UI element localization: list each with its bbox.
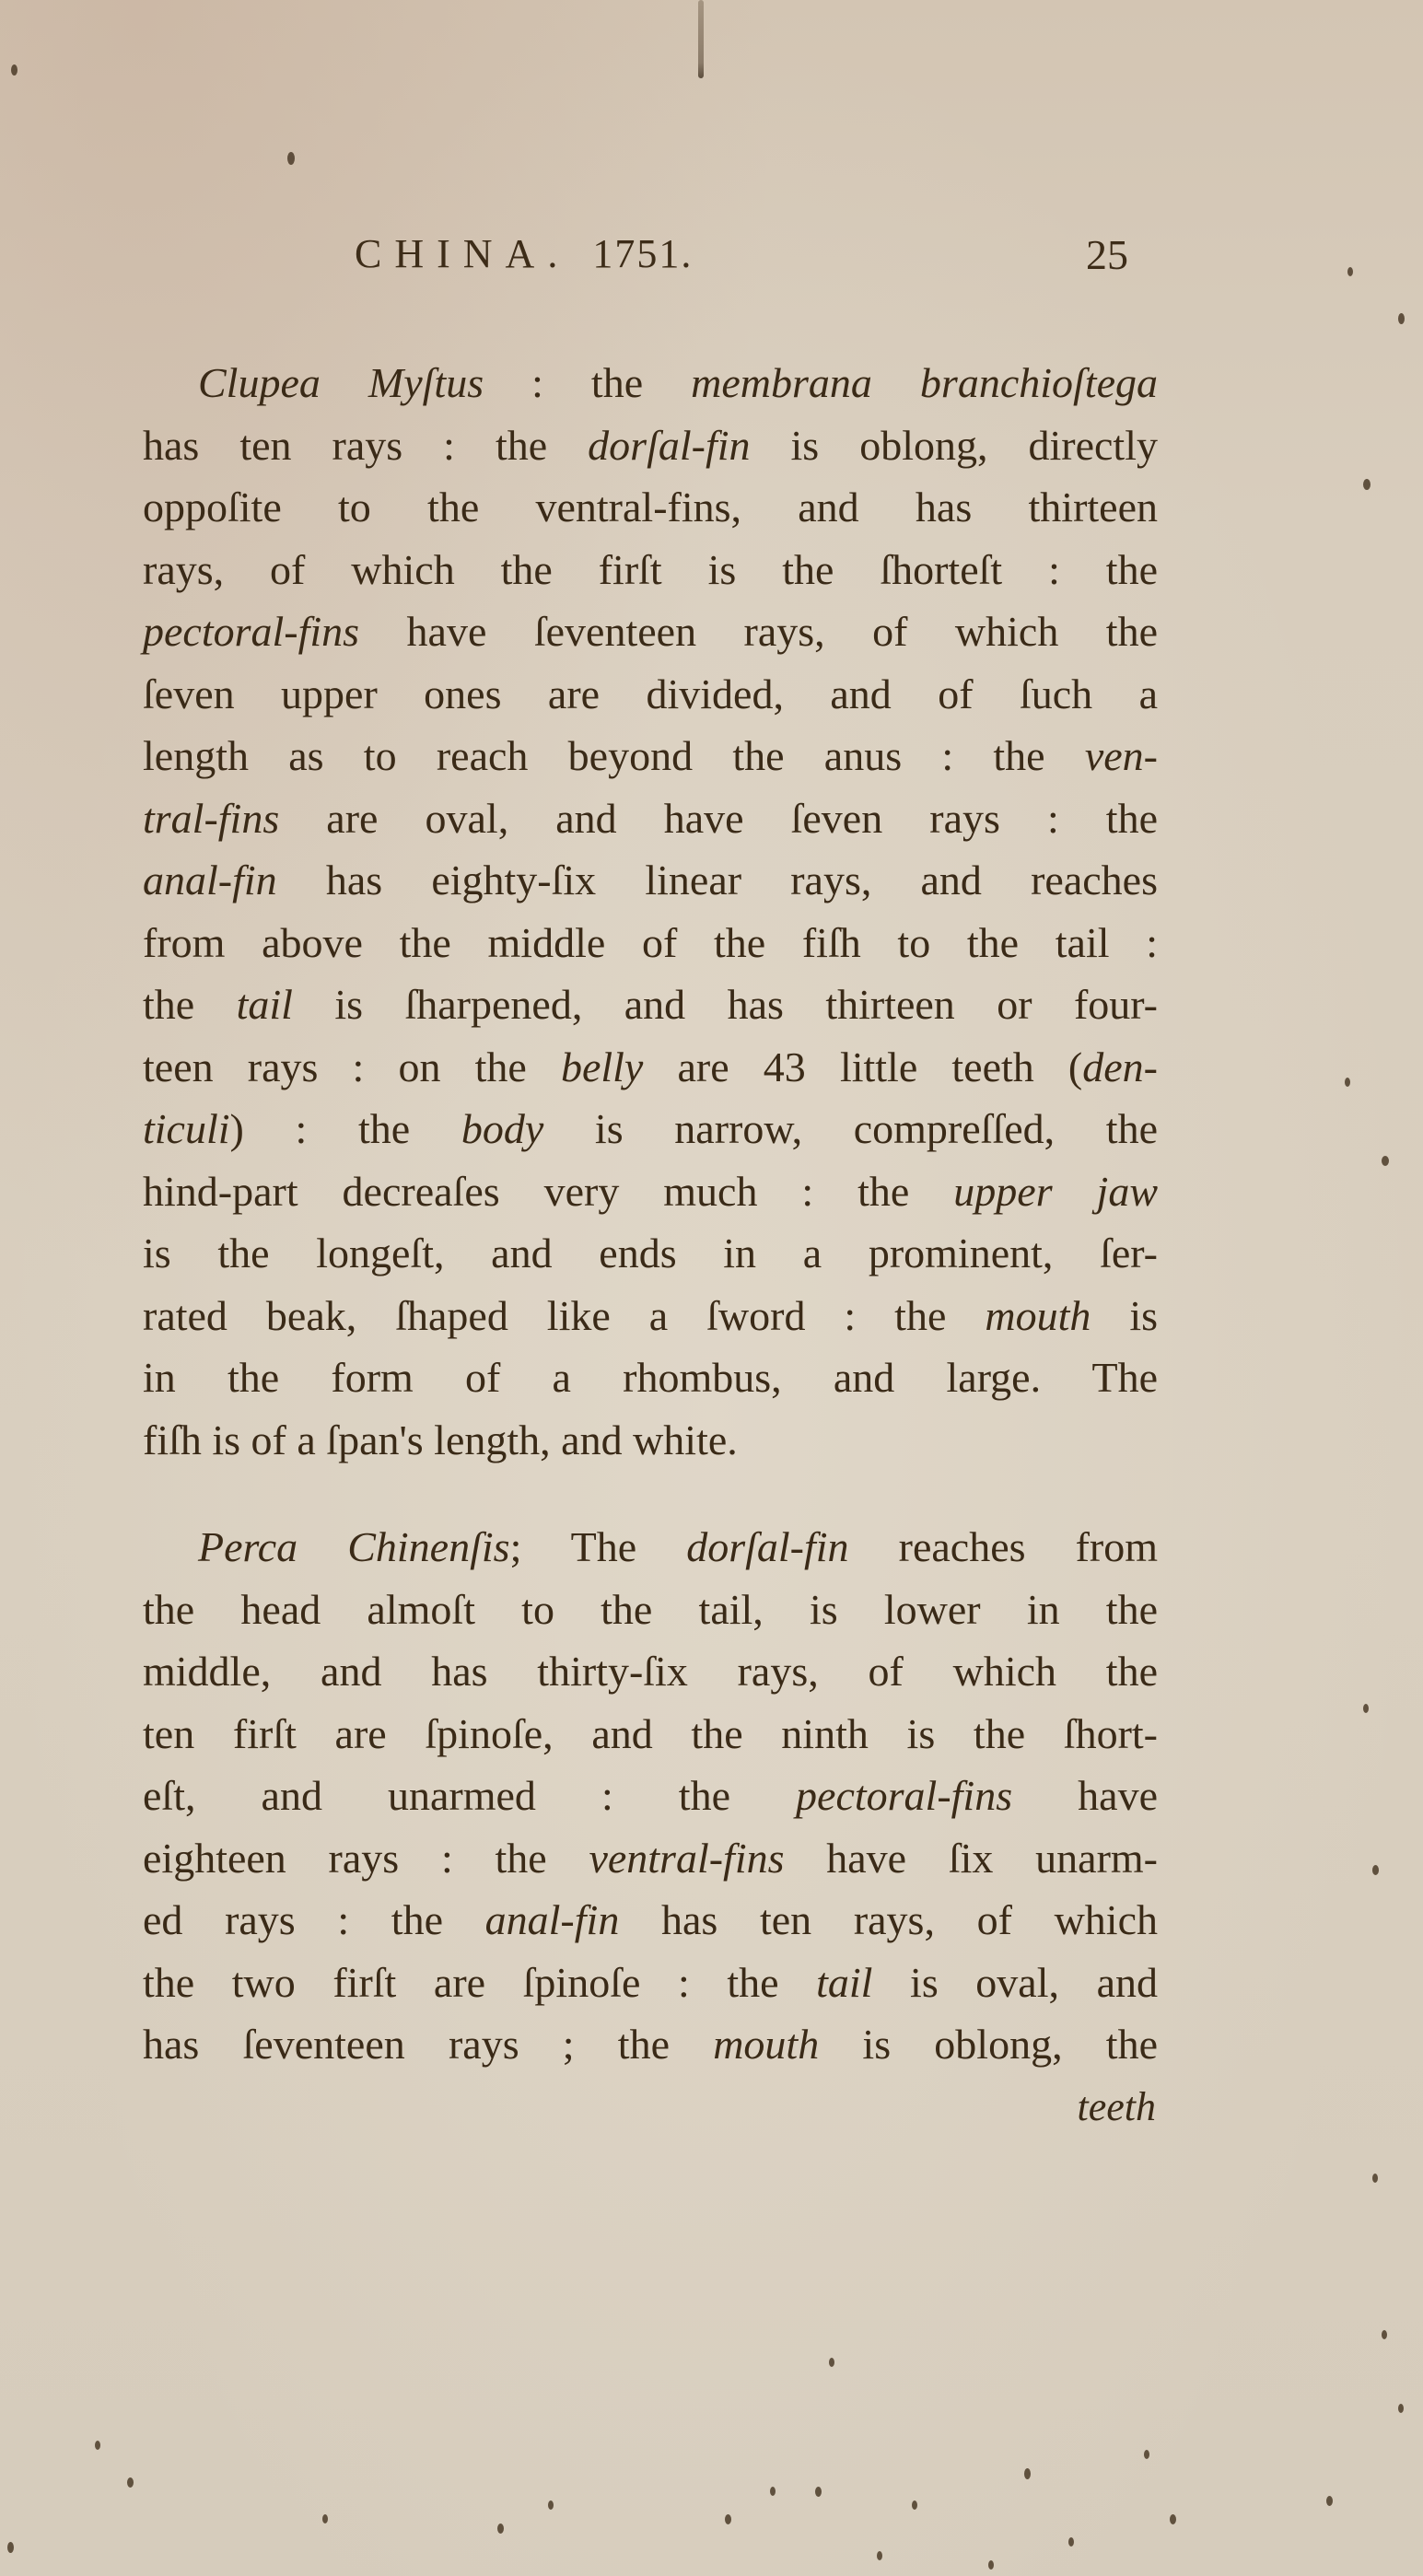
italic-term: upper jaw [953,1168,1158,1215]
text-line: the tail is ſharpened, and has thirteen … [143,973,1158,1036]
paper-speck [1398,2404,1404,2413]
text-run: middle, and has thirty-ſix rays, of whic… [143,1648,1158,1695]
text-line: ten firſt are ſpinoſe, and the ninth is … [143,1703,1158,1766]
running-title-year: 1751. [592,231,693,276]
text-line: teen rays : on the belly are 43 little t… [143,1036,1158,1099]
italic-term: membrana branchioſtega [691,359,1158,406]
paper-speck [1347,267,1353,276]
italic-term: Perca Chinenſis [198,1523,510,1570]
text-line: ed rays : the anal-fin has ten rays, of … [143,1889,1158,1952]
paper-speck [7,2542,14,2553]
text-line: Clupea Myſtus : the membrana branchioſte… [143,352,1158,414]
paper-speck [725,2514,731,2524]
italic-term: dorſal-fin [686,1523,848,1570]
text-line: middle, and has thirty-ſix rays, of whic… [143,1640,1158,1703]
italic-term: ventral-fins [589,1835,784,1882]
text-run: have ſix unarm- [785,1835,1158,1882]
text-run: have [1012,1772,1158,1819]
text-run: eighteen rays : the [143,1835,589,1882]
text-run: the two firſt are ſpinoſe : the [143,1959,816,2006]
text-line: ticuli) : the body is narrow, compreſſed… [143,1098,1158,1160]
text-line: rays, of which the firſt is the ſhorteſt… [143,539,1158,601]
text-run: have ſeventeen rays, of which the [359,608,1158,655]
italic-term: tail [237,981,293,1028]
italic-term: dorſal-fin [588,422,750,469]
italic-term: mouth [713,2021,819,2068]
text-line: has ſeventeen rays ; the mouth is oblong… [143,2013,1158,2076]
paper-speck [1024,2468,1031,2479]
text-run: oppoſite to the ventral-fins, and has th… [143,484,1158,530]
italic-term: tail [816,1959,872,2006]
italic-term: belly [561,1043,643,1090]
text-line: fiſh is of a ſpan's length, and white. [143,1409,1158,1472]
text-run: is ſharpened, and has thirteen or four- [293,981,1158,1028]
italic-term: ven- [1085,732,1158,779]
text-run: is oval, and [872,1959,1158,2006]
catchword: teeth [143,2076,1158,2139]
text-run: has ten rays : the [143,422,588,469]
paper-speck [1382,1156,1389,1166]
text-run: the head almoſt to the tail, is lower in… [143,1586,1158,1633]
text-run: hind-part decreaſes very much : the [143,1168,953,1215]
text-line: hind-part decreaſes very much : the uppe… [143,1160,1158,1223]
text-run: are 43 little teeth ( [643,1043,1082,1090]
running-head: CHINA.1751. 25 [143,230,1156,295]
body-text: Clupea Myſtus : the membrana branchioſte… [143,352,1158,2138]
text-run: is narrow, compreſſed, the [543,1105,1158,1152]
text-line: length as to reach beyond the anus : the… [143,725,1158,787]
text-run: eſt, and unarmed : the [143,1772,796,1819]
paper-speck [1363,479,1371,490]
text-run: rays, of which the firſt is the ſhorteſt… [143,546,1158,593]
text-run: reaches from [849,1523,1158,1570]
text-line: is the longeſt, and ends in a prominent,… [143,1222,1158,1285]
paper-speck [548,2500,554,2510]
text-run: is oblong, the [819,2021,1158,2068]
text-line: the two firſt are ſpinoſe : the tail is … [143,1952,1158,2014]
paper-speck [877,2551,882,2560]
text-line: oppoſite to the ventral-fins, and has th… [143,476,1158,539]
paper-speck [1382,2330,1387,2339]
paper-speck [1372,1865,1379,1875]
italic-term: ticuli [143,1105,230,1152]
text-line: pectoral-fins have ſeventeen rays, of wh… [143,600,1158,663]
paper-speck [11,64,17,76]
text-run: has ten rays, of which [619,1896,1158,1943]
text-run: ſeven upper ones are divided, and of ſuc… [143,670,1158,717]
text-run: fiſh is of a ſpan's length, and white. [143,1416,738,1463]
running-title: CHINA.1751. [355,230,693,277]
italic-term: pectoral-fins [796,1772,1012,1819]
italic-term: den- [1082,1043,1158,1090]
italic-term: tral-fins [143,795,279,842]
paper-speck [497,2524,504,2534]
text-run: from above the middle of the fiſh to the… [143,919,1158,966]
paper-speck [1170,2514,1176,2524]
paper-speck [1398,313,1405,324]
text-run: are oval, and have ſeven rays : the [279,795,1158,842]
binding-thread-mark [698,0,704,78]
text-line: tral-fins are oval, and have ſeven rays … [143,787,1158,850]
text-line: eſt, and unarmed : the pectoral-fins hav… [143,1765,1158,1827]
text-run: is oblong, directly [751,422,1158,469]
italic-term: mouth [985,1292,1091,1339]
paper-speck [1372,2174,1378,2183]
text-run: : the [484,359,691,406]
paper-speck [988,2560,994,2570]
paper-speck [829,2358,834,2367]
italic-term: pectoral-fins [143,608,359,655]
paper-speck [1363,1704,1369,1713]
text-run: has eighty-ſix linear rays, and reaches [277,857,1158,903]
italic-term: anal-fin [143,857,277,903]
text-run: is [1091,1292,1158,1339]
text-run: rated beak, ſhaped like a ſword : the [143,1292,985,1339]
paper-speck [127,2477,134,2488]
paper-speck [815,2487,822,2497]
text-line: anal-fin has eighty-ſix linear rays, and… [143,849,1158,912]
text-run: length as to reach beyond the anus : the [143,732,1085,779]
text-run: is the longeſt, and ends in a prominent,… [143,1230,1158,1276]
text-line: from above the middle of the fiſh to the… [143,912,1158,974]
book-page: CHINA.1751. 25 Clupea Myſtus : the membr… [0,0,1423,2576]
paper-speck [1345,1078,1350,1087]
text-line: the head almoſt to the tail, is lower in… [143,1579,1158,1641]
italic-term: anal-fin [485,1896,620,1943]
paper-speck [95,2441,100,2450]
text-run: ten firſt are ſpinoſe, and the ninth is … [143,1710,1158,1757]
paragraph-perca-chinensis: Perca Chinenſis; The dorſal-fin reaches … [143,1516,1158,2076]
paper-speck [770,2487,776,2496]
italic-term: body [461,1105,543,1152]
paragraph-clupea-mystus: Clupea Myſtus : the membrana branchioſte… [143,352,1158,1471]
text-run: in the form of a rhombus, and large. The [143,1354,1158,1401]
text-run: ed rays : the [143,1896,485,1943]
text-run: ; The [510,1523,687,1570]
text-line: has ten rays : the dorſal-fin is oblong,… [143,414,1158,477]
text-run: has ſeventeen rays ; the [143,2021,713,2068]
text-line: rated beak, ſhaped like a ſword : the mo… [143,1285,1158,1347]
text-line: Perca Chinenſis; The dorſal-fin reaches … [143,1516,1158,1579]
running-title-text: CHINA. [355,231,570,276]
text-line: eighteen rays : the ventral-fins have ſi… [143,1827,1158,1890]
text-run: ) : the [230,1105,461,1152]
text-run: teen rays : on the [143,1043,561,1090]
paper-speck [912,2500,917,2510]
paper-speck [1144,2450,1149,2459]
paper-speck [1068,2537,1074,2547]
paper-speck [1326,2496,1333,2506]
text-line: ſeven upper ones are divided, and of ſuc… [143,663,1158,726]
page-number: 25 [1086,230,1128,279]
paper-speck [322,2514,328,2524]
paper-speck [287,152,295,165]
text-line: in the form of a rhombus, and large. The [143,1346,1158,1409]
italic-term: Clupea Myſtus [198,359,484,406]
text-run: the [143,981,237,1028]
